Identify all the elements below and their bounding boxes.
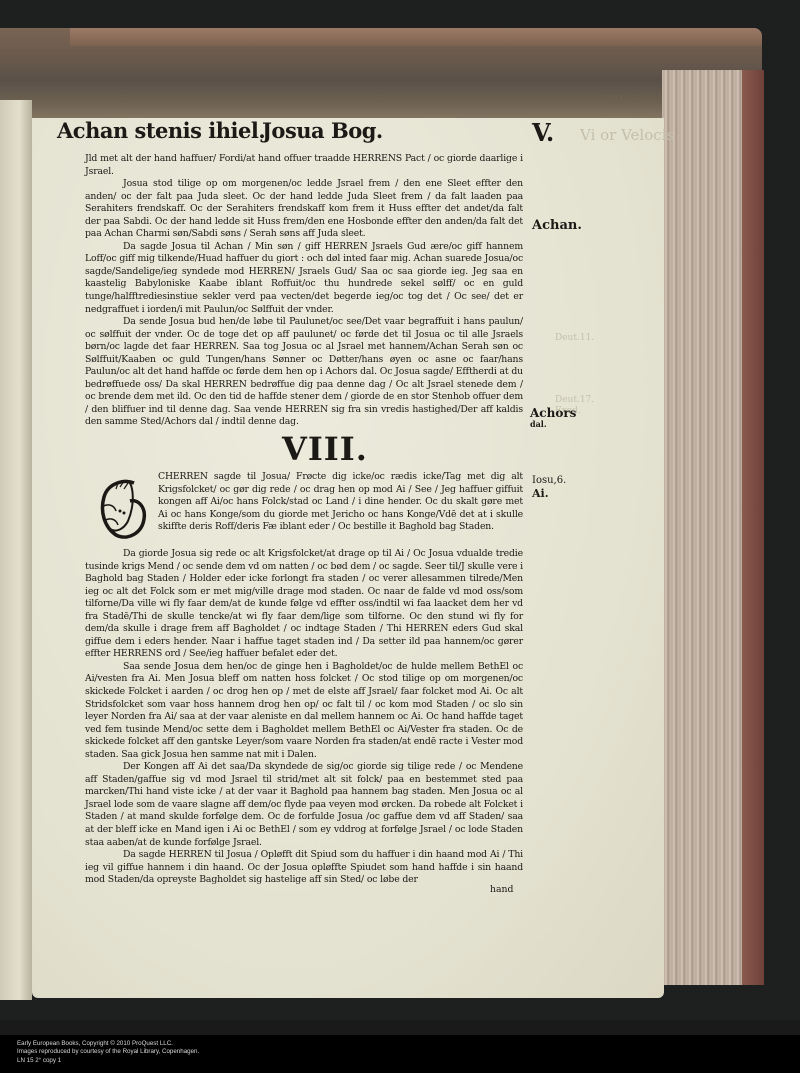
courtesy-line: Images reproduced by courtesy of the Roy…: [17, 1048, 199, 1056]
chapter-heading: VIII.: [282, 430, 368, 468]
book-cover-rim: [70, 28, 762, 46]
paragraph: Josua stod tilige op om morgenen/oc ledd…: [85, 178, 523, 241]
text-block-upper: Jld met alt der hand haffuer/ Fordi/at h…: [85, 153, 523, 429]
paragraph: Da sende Josua bud hen/de løbe til Paulu…: [85, 316, 523, 429]
book-cover-edge: [742, 70, 764, 985]
copyright-footer-text: Early European Books, Copyright © 2010 P…: [17, 1040, 199, 1065]
marginal-note-achors-sub: dal.: [530, 419, 576, 430]
facing-page-edge: [0, 100, 32, 1000]
text-block-lower: Da giorde Josua sig rede oc alt Krigsfol…: [85, 548, 523, 887]
marginal-note-josu: Iosu,6.: [532, 475, 566, 486]
paragraph: Da giorde Josua sig rede oc alt Krigsfol…: [85, 548, 523, 661]
paragraph: Da sagde Josua til Achan / Min søn / gif…: [85, 241, 523, 316]
handwritten-folio-number: 101: [605, 95, 624, 106]
show-through-text: Deut.11.: [555, 333, 594, 343]
paragraph: Jld met alt der hand haffuer/ Fordi/at h…: [85, 153, 523, 178]
decorated-initial-icon: [94, 477, 154, 541]
show-through-text: Vi or Velocis: [580, 126, 674, 144]
book-fore-edge: [662, 70, 744, 985]
shelfmark-line: LN 15 2° copy 1: [17, 1057, 199, 1065]
running-head-center: Josua Bog.: [262, 118, 383, 150]
paragraph: Der Kongen aff Ai det saa/Da skyndede de…: [85, 761, 523, 849]
marginal-note-reference: Iosu,6. Ai.: [532, 474, 566, 500]
marginal-note-achors-main: Achors: [530, 406, 576, 420]
running-head-right: V.: [532, 118, 554, 150]
paragraph: Saa sende Josua dem hen/oc de ginge hen …: [85, 661, 523, 761]
book-top-edge: [0, 28, 762, 123]
catchword: hand: [490, 884, 513, 895]
chapter-opening-text: CHERREN sagde til Josua/ Frøcte dig icke…: [158, 471, 523, 534]
marginal-note-achors: Achors dal.: [530, 408, 576, 430]
marginal-note-ai: Ai.: [532, 487, 566, 500]
scan-background: 101 Achan stenis ihiel. Josua Bog. V. Vi…: [0, 0, 800, 1020]
copyright-line: Early European Books, Copyright © 2010 P…: [17, 1040, 199, 1048]
paragraph: Da sagde HERREN til Josua / Opløfft dit …: [85, 849, 523, 887]
running-head-left: Achan stenis ihiel.: [57, 118, 265, 150]
show-through-text: Deut.17.: [555, 395, 594, 405]
marginal-note-achan: Achan.: [532, 218, 582, 233]
